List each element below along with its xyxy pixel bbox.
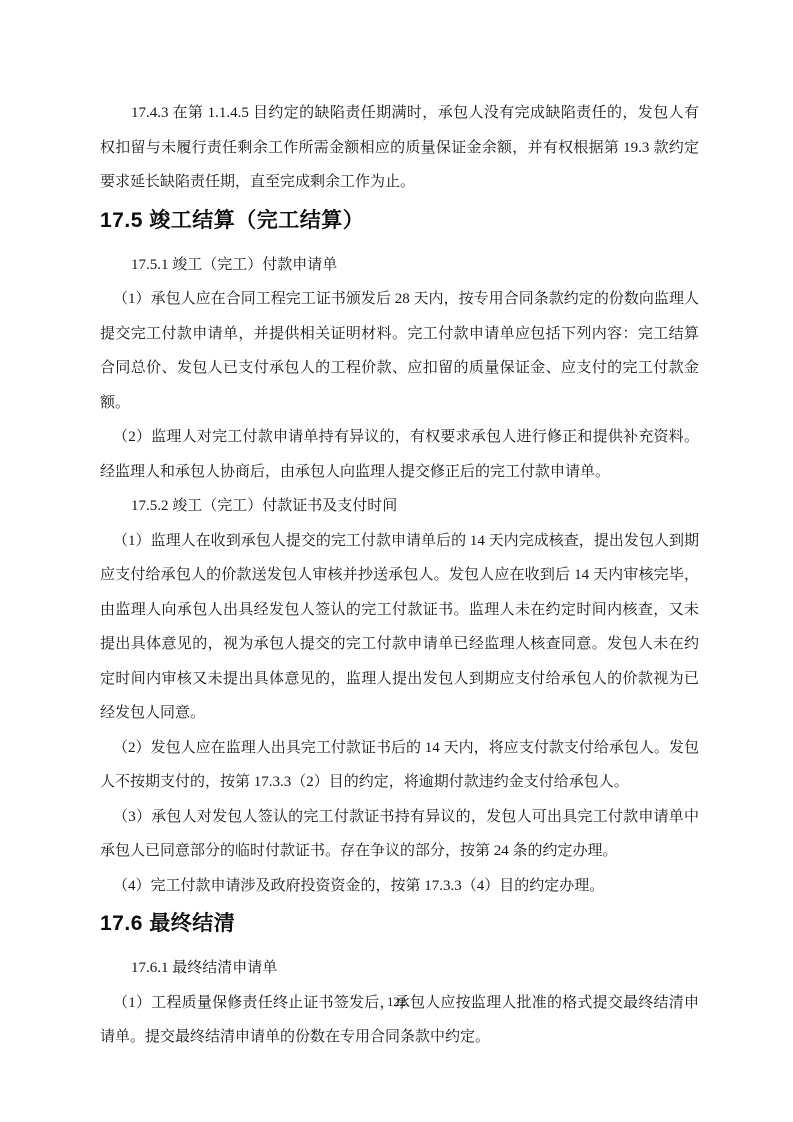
section-heading-17-5: 17.5 竣工结算（完工结算） (100, 200, 699, 242)
section-heading-17-6: 17.6 最终结清 (100, 903, 699, 945)
paragraph-17-5-2-item-2: （2）发包人应在监理人出具完工付款证书后的 14 天内，将应支付款支付给承包人。… (100, 731, 699, 800)
paragraph-17-5-2-item-3: （3）承包人对发包人签认的完工付款证书持有异议的，发包人可出具完工付款申请单中承… (100, 800, 699, 869)
paragraph-17-5-1-item-1: （1）承包人应在合同工程完工证书颁发后 28 天内，按专用合同条款约定的份数向监… (100, 282, 699, 420)
paragraph-17-5-1-item-2: （2）监理人对完工付款申请单持有异议的，有权要求承包人进行修正和提供补充资料。经… (100, 420, 699, 489)
paragraph-17-4-3: 17.4.3 在第 1.1.4.5 目约定的缺陷责任期满时，承包人没有完成缺陷责… (100, 96, 699, 200)
document-page: 17.4.3 在第 1.1.4.5 目约定的缺陷责任期满时，承包人没有完成缺陷责… (0, 0, 793, 1122)
paragraph-17-5-2-item-1: （1）监理人在收到承包人提交的完工付款申请单后的 14 天内完成核查，提出发包人… (100, 524, 699, 731)
subheading-17-5-1: 17.5.1 竣工（完工）付款申请单 (100, 248, 699, 283)
subheading-17-5-2: 17.5.2 竣工（完工）付款证书及支付时间 (100, 489, 699, 524)
paragraph-17-5-2-item-4: （4）完工付款申请涉及政府投资资金的，按第 17.3.3（4）目的约定办理。 (100, 869, 699, 904)
page-body: 17.4.3 在第 1.1.4.5 目约定的缺陷责任期满时，承包人没有完成缺陷责… (100, 96, 699, 1055)
subheading-17-6-1: 17.6.1 最终结清申请单 (100, 951, 699, 986)
page-number: 122 (0, 995, 793, 1010)
